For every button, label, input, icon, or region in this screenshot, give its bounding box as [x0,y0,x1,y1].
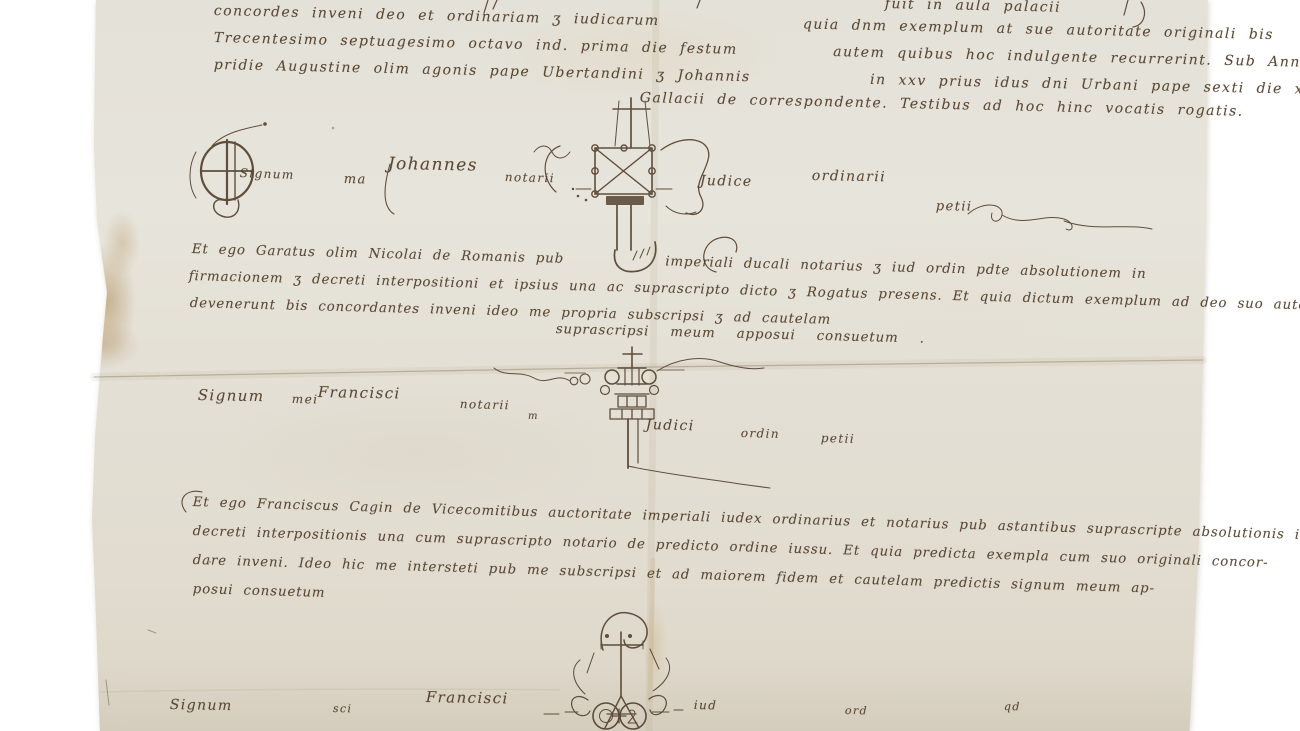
signum-word: petii [821,431,856,446]
signum-word: notarii [460,397,511,412]
signum-word: Signum [240,166,295,182]
signum-word: qd [1004,700,1021,713]
signum-word: mei [292,392,319,406]
signum-word: ma [344,172,367,187]
signum-word: Francisci [426,688,509,707]
signum-word: notarii [505,170,556,185]
signum-word: ordin [741,426,781,441]
signum-word: Signum [170,697,233,714]
signum-word: Francisci [318,383,401,402]
manuscript-photo: fuit in aula palacii concordes inveni de… [0,0,1300,731]
signum-word: ordinarii [812,168,886,185]
signum-word: sci [333,702,353,715]
signum-word: Judice [700,173,753,190]
signum-word: ord [845,704,868,717]
signum-word: Signum [198,386,265,405]
signum-word: petii [936,199,973,215]
signum-word: Judici [646,417,695,434]
signum-word: m [528,411,539,422]
signum-word: iud [694,698,718,712]
signum-word: Johannes [388,154,478,176]
